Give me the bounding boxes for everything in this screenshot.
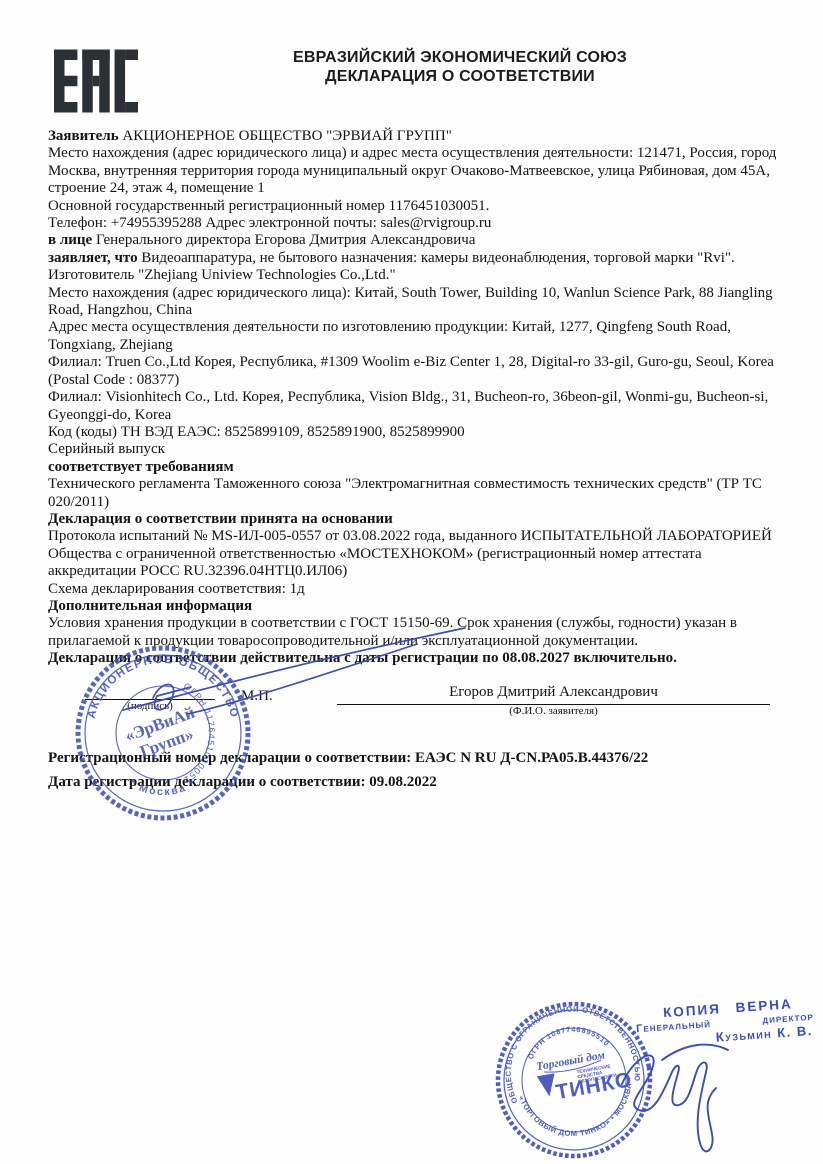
applicant-ogrn: Основной государственный регистрационный… <box>48 198 790 215</box>
declares-text: Видеоаппаратура, не бытового назначения:… <box>138 250 735 266</box>
applicant-address: Место нахождения (адрес юридического лиц… <box>48 145 790 197</box>
declaration-document: ЕВРАЗИЙСКИЙ ЭКОНОМИЧЕСКИЙ СОЮЗ ДЕКЛАРАЦИ… <box>0 0 823 1164</box>
represented-label: в лице <box>48 232 92 248</box>
tn-ved-codes: Код (коды) ТН ВЭД ЕАЭС: 8525899109, 8525… <box>48 424 790 441</box>
title-line-2: ДЕКЛАРАЦИЯ О СООТВЕТСТВИИ <box>140 67 780 86</box>
applicant-contacts: Телефон: +74955395288 Адрес электронной … <box>48 215 790 232</box>
document-title: ЕВРАЗИЙСКИЙ ЭКОНОМИЧЕСКИЙ СОЮЗ ДЕКЛАРАЦИ… <box>140 48 780 86</box>
title-line-1: ЕВРАЗИЙСКИЙ ЭКОНОМИЧЕСКИЙ СОЮЗ <box>140 48 780 67</box>
manufacturer-branch-2: Филиал: Visionhitech Co., Ltd. Корея, Ре… <box>48 389 790 424</box>
basis-heading-text: Декларация о соответствии принята на осн… <box>48 511 393 527</box>
basis-heading: Декларация о соответствии принята на осн… <box>48 511 790 528</box>
additional-heading: Дополнительная информация <box>48 598 790 615</box>
basis-text: Протокола испытаний № MS-ИЛ-005-0557 от … <box>48 528 790 580</box>
manufacturer-legal-address: Место нахождения (адрес юридического лиц… <box>48 285 790 320</box>
represented-name: Генерального директора Егорова Дмитрия А… <box>92 232 475 248</box>
manufacturer-branch-1: Филиал: Truen Co.,Ltd Корея, Республика,… <box>48 354 790 389</box>
eac-logo <box>54 44 138 118</box>
declares-label: заявляет, что <box>48 250 138 266</box>
applicant-signature <box>95 616 475 724</box>
serial-release: Серийный выпуск <box>48 441 790 458</box>
applicant-line: Заявитель АКЦИОНЕРНОЕ ОБЩЕСТВО "ЭРВИАЙ Г… <box>48 128 790 145</box>
compliance-heading: соответствует требованиям <box>48 459 790 476</box>
applicant-label: Заявитель <box>48 128 119 144</box>
represented-line: в лице Генерального директора Егорова Дм… <box>48 232 790 249</box>
manufacturer-name: Изготовитель "Zhejiang Uniview Technolog… <box>48 267 790 284</box>
compliance-heading-text: соответствует требованиям <box>48 459 234 475</box>
applicant-name: АКЦИОНЕРНОЕ ОБЩЕСТВО "ЭРВИАЙ ГРУПП" <box>119 128 452 144</box>
manufacturer-production-address: Адрес места осуществления деятельности п… <box>48 319 790 354</box>
compliance-text: Технического регламента Таможенного союз… <box>48 476 790 511</box>
additional-heading-text: Дополнительная информация <box>48 598 252 614</box>
declaration-scheme: Схема декларирования соответствия: 1д <box>48 581 790 598</box>
director-signature <box>606 1026 756 1158</box>
declares-line: заявляет, что Видеоаппаратура, не бытово… <box>48 250 790 267</box>
